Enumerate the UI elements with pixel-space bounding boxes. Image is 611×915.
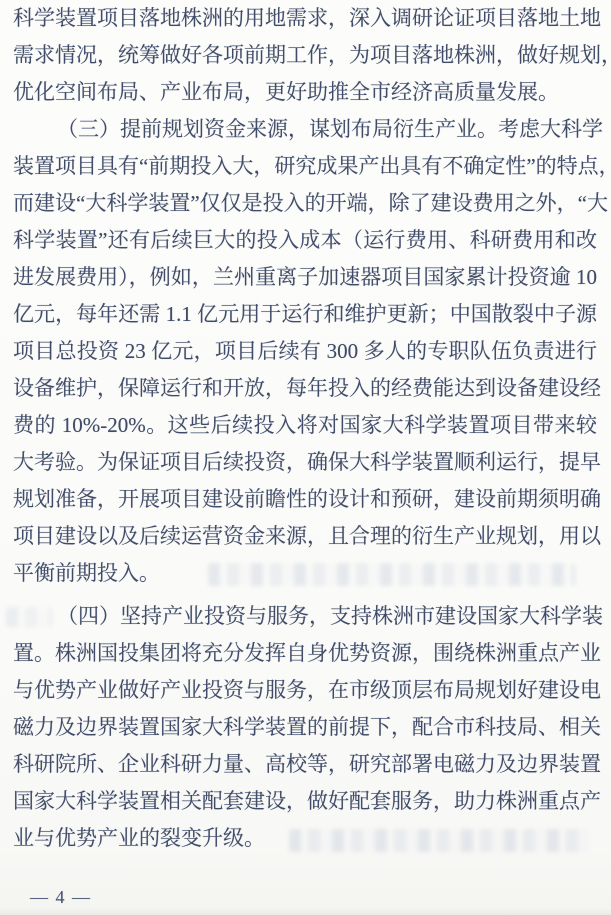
text-line: 与优势产业做好产业投资与服务，在市级顶层布局规划好建设电 <box>13 672 597 709</box>
text-line: 进发展费用），例如，兰州重离子加速器项目国家累计投资逾 10 <box>13 259 597 296</box>
text-line: 业与优势产业的裂变升级。 <box>13 820 597 857</box>
text-line: 设备维护，保障运行和开放，每年投入的经费能达到设备建设经 <box>13 370 597 407</box>
text-line: 科研院所、企业科研力量、高校等，研究部署电磁力及边界装置 <box>13 746 597 783</box>
text-line: 项目建设以及后续运营资金来源，且合理的衍生产业规划，用以 <box>13 518 597 555</box>
text-line: 磁力及边界装置国家大科学装置的前提下，配合市科技局、相关 <box>13 709 597 746</box>
text-line: 大考验。为保证项目后续投资，确保大科学装置顺利运行，提早 <box>13 444 597 481</box>
scanned-document-page: 科学装置项目落地株洲的用地需求，深入调研论证项目落地土地需求情况，统筹做好各项前… <box>0 0 611 915</box>
text-line: 平衡前期投入。 <box>13 555 597 592</box>
text-line: （三）提前规划资金来源，谋划布局衍生产业。考虑大科学 <box>13 111 597 148</box>
text-line: 科学装置”还有后续巨大的投入成本（运行费用、科研费用和改 <box>13 222 597 259</box>
text-line: 需求情况，统筹做好各项前期工作，为项目落地株洲，做好规划， <box>13 37 597 74</box>
text-line: 科学装置项目落地株洲的用地需求，深入调研论证项目落地土地 <box>13 0 597 37</box>
text-line: 规划准备，开展项目建设前瞻性的设计和预研，建设前期须明确 <box>13 481 597 518</box>
text-line: 费的 10%-20%。这些后续投入将对国家大科学装置项目带来较 <box>13 407 597 444</box>
text-line: （四）坚持产业投资与服务，支持株洲市建设国家大科学装 <box>13 598 597 635</box>
text-line: 优化空间布局、产业布局，更好助推全市经济高质量发展。 <box>13 74 597 111</box>
text-line: 而建设“大科学装置”仅仅是投入的开端，除了建设费用之外，“大 <box>13 185 597 222</box>
document-body: 科学装置项目落地株洲的用地需求，深入调研论证项目落地土地需求情况，统筹做好各项前… <box>13 0 597 857</box>
page-bottom-edge-shadow <box>0 908 611 915</box>
text-line: 国家大科学装置相关配套建设，做好配套服务，助力株洲重点产 <box>13 783 597 820</box>
text-line: 置。株洲国投集团将充分发挥自身优势资源，围绕株洲重点产业 <box>13 635 597 672</box>
text-line: 亿元，每年还需 1.1 亿元用于运行和维护更新；中国散裂中子源 <box>13 296 597 333</box>
text-line: 装置项目具有“前期投入大，研究成果产出具有不确定性”的特点， <box>13 148 597 185</box>
page-number: — 4 — <box>30 886 92 908</box>
text-line: 项目总投资 23 亿元，项目后续有 300 多人的专职队伍负责进行 <box>13 333 597 370</box>
